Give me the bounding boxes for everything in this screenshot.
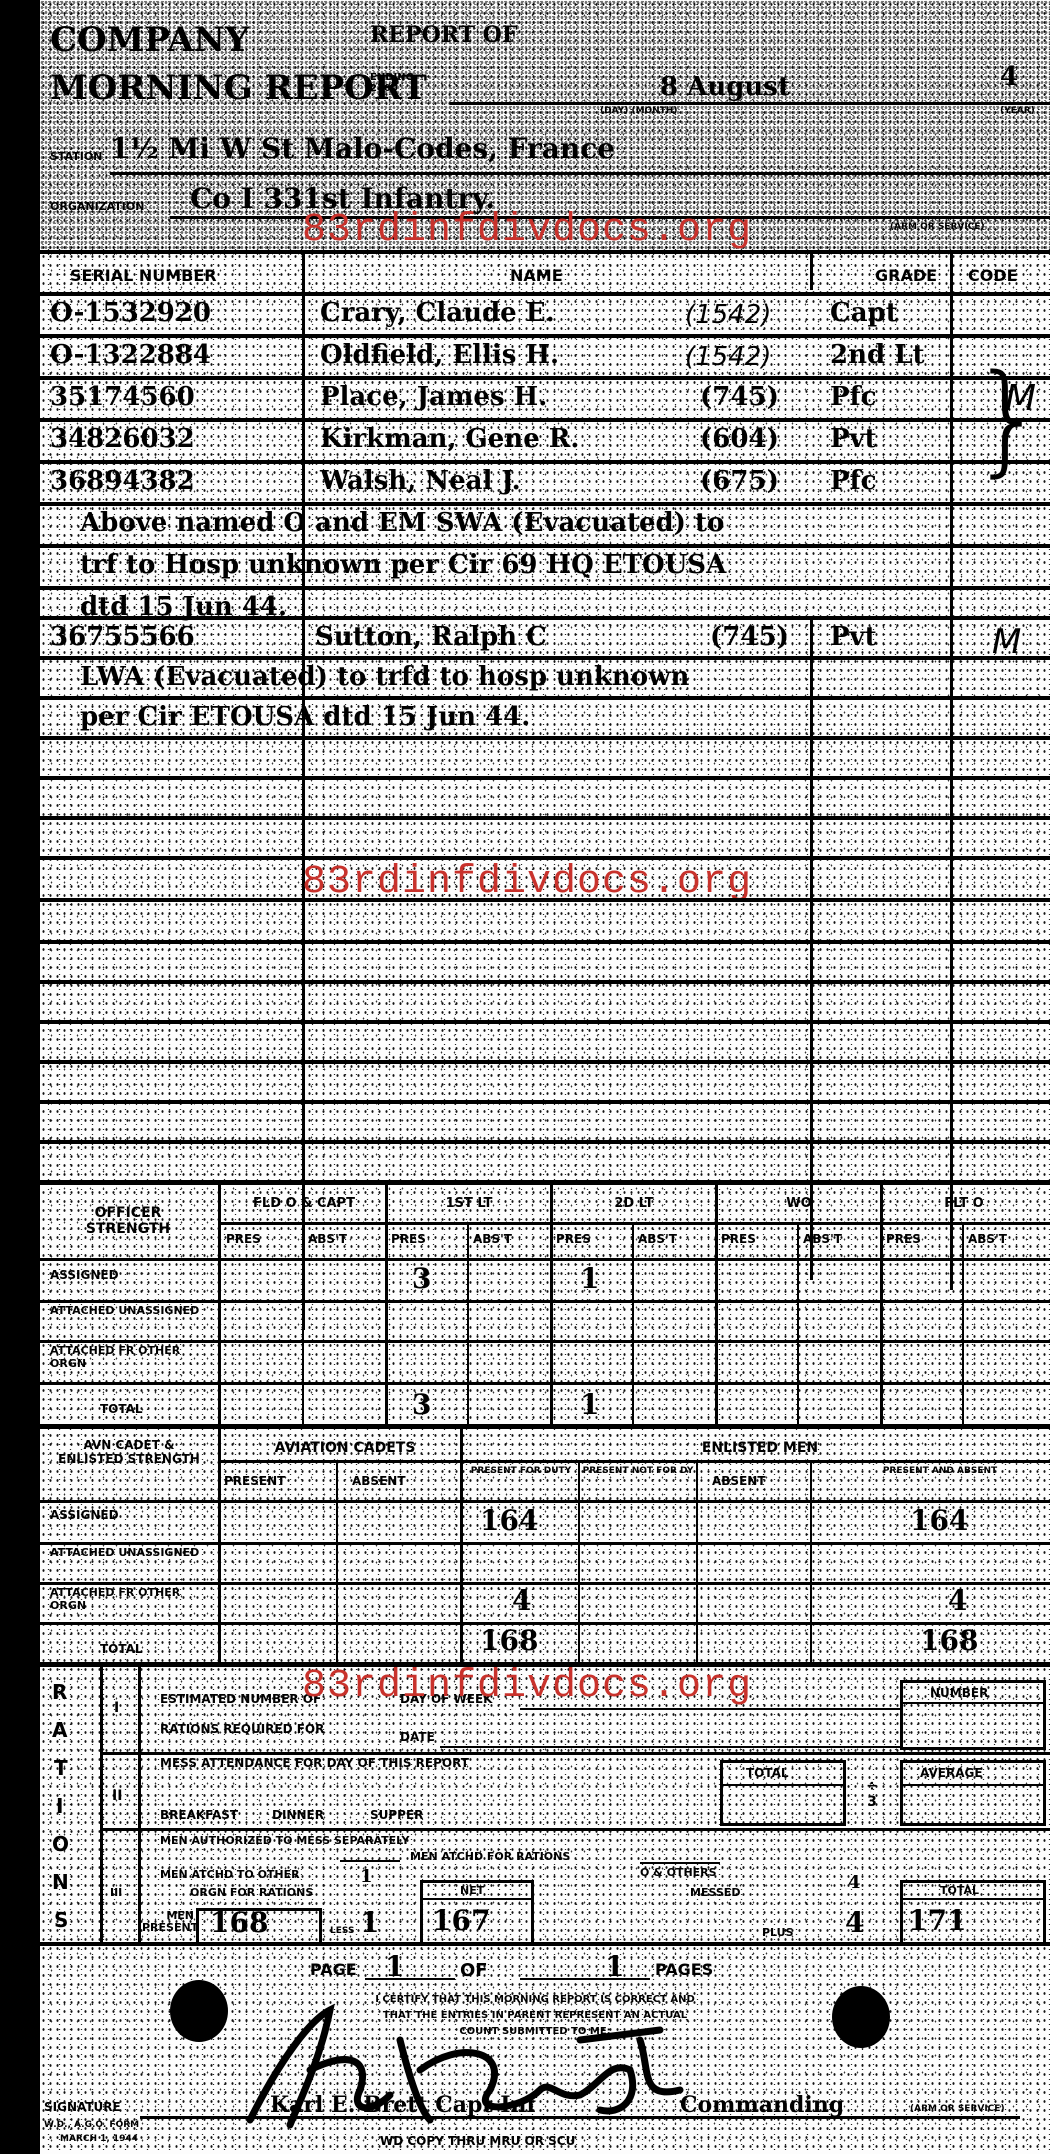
enlisted-strength-title: AVN CADET & ENLISTED STRENGTH: [54, 1438, 204, 1466]
mos-code: (604): [700, 424, 779, 454]
group-header: 1ST LT: [390, 1196, 548, 1211]
column-rule: [302, 1225, 304, 1425]
remarks-line: Above named O and EM SWA (Evacuated) to: [80, 508, 724, 538]
blank-line: [40, 776, 1050, 780]
cell-value: 168: [480, 1624, 538, 1657]
subcol-abst: ABS'T: [638, 1232, 677, 1246]
subcol-abst: ABS'T: [803, 1232, 842, 1246]
less-label: LESS: [330, 1926, 354, 1936]
subcol: ABSENT: [352, 1474, 406, 1488]
mess-attendance-label: MESS ATTENDANCE FOR DAY OF THIS REPORT: [160, 1756, 469, 1770]
net-label: NET: [460, 1884, 484, 1897]
cell-value: 1: [580, 1388, 599, 1421]
column-rule: [467, 1225, 469, 1425]
arm-caption: (ARM OR SERVICE): [890, 222, 985, 232]
blank-line: [40, 816, 1050, 820]
others-messed-label: O & OTHERS: [640, 1866, 717, 1879]
ending-label: ENDING 2400: [370, 72, 410, 94]
column-rule: [138, 1666, 141, 1942]
group-header: FLT O: [885, 1196, 1043, 1211]
column-code: CODE: [968, 266, 1018, 285]
subcol-pres: PRES: [391, 1232, 426, 1246]
subcol-pres: PRES: [226, 1232, 261, 1246]
station-label: STATION: [50, 150, 102, 163]
mos-code: (1542): [685, 342, 771, 372]
remarks-line: per Cir ETOUSA dtd 15 Jun 44.: [80, 702, 530, 732]
subcol-pres: PRES: [721, 1232, 756, 1246]
divider: [40, 736, 1050, 740]
grade: 2nd Lt: [830, 340, 925, 370]
side-letter: T: [54, 1756, 68, 1780]
serial-number: 34826032: [50, 424, 195, 454]
estimated-rations-label: ESTIMATED NUMBER OF: [160, 1692, 321, 1706]
arm-caption: (ARM OR SERVICE): [910, 2104, 1005, 2114]
divider: [40, 250, 1050, 254]
report-year: 4: [1000, 62, 1018, 92]
code-mark: M: [1005, 378, 1036, 419]
divider: [900, 1898, 1046, 1900]
remarks-line: LWA (Evacuated) to trfd to hosp unknown: [80, 662, 689, 692]
column-rule: [550, 1185, 553, 1425]
row-label: ATTACHED UNASSIGNED: [50, 1546, 210, 1559]
section-numeral: III: [110, 1886, 122, 1899]
soldier-name: Crary, Claude E.: [320, 298, 555, 328]
pages-label: PAGES: [655, 1960, 713, 1979]
section-divider: [40, 1180, 1050, 1185]
soldier-name: Place, James H.: [320, 382, 547, 412]
row-label: ASSIGNED: [50, 1268, 119, 1282]
column-rule: [696, 1462, 698, 1664]
divider: [900, 1702, 1046, 1704]
divider: [40, 1300, 1050, 1303]
cell-value: 3: [412, 1262, 431, 1295]
supper-label: SUPPER: [370, 1808, 423, 1822]
plus-value: 4: [845, 1906, 864, 1939]
row-label: ASSIGNED: [50, 1508, 119, 1522]
atchd-rations-field: [640, 1862, 720, 1864]
divider: [100, 1828, 1050, 1831]
subcol-pres: PRES: [556, 1232, 591, 1246]
row-label: ATTACHED FR OTHER ORGN: [50, 1344, 210, 1370]
cell-value: 164: [910, 1504, 968, 1537]
serial-number: O-1322884: [50, 340, 211, 370]
form-title-company: COMPANY: [50, 20, 249, 60]
subcol: PRESENT NOT FOR DY: [582, 1466, 694, 1476]
column-grade: GRADE: [875, 266, 937, 285]
side-letter: O: [52, 1832, 69, 1856]
blank-line: [40, 1140, 1050, 1144]
column-rule: [218, 1185, 221, 1425]
column-rule: [880, 1185, 883, 1425]
row-label: TOTAL: [100, 1642, 143, 1656]
serial-number: 36894382: [50, 466, 195, 496]
remarks-line: trf to Hosp unknown per Cir 69 HQ ETOUSA: [80, 550, 726, 580]
group-header: ENLISTED MEN: [470, 1440, 1050, 1456]
divider: [40, 1622, 1050, 1625]
column-serial: SERIAL NUMBER: [70, 266, 217, 285]
less-value: 1: [360, 1906, 379, 1939]
column-rule: [578, 1462, 580, 1664]
form-note: W.D., A.G.O. FORM: [44, 2120, 139, 2130]
column-rule: [336, 1462, 338, 1664]
atchd-other-label: ORGN FOR RATIONS: [190, 1886, 313, 1899]
divider: [900, 1784, 1046, 1786]
section-divider: [40, 1424, 1050, 1429]
subcol-abst: ABS'T: [968, 1232, 1007, 1246]
subcol: PRESENT FOR DUTY: [466, 1466, 576, 1476]
blank-line: [40, 1060, 1050, 1064]
report-date: 8 August: [660, 72, 790, 102]
others-messed-value: 4: [848, 1872, 861, 1893]
divider: [420, 1898, 534, 1900]
grade: Pvt: [830, 622, 877, 652]
subcol: PRESENT AND ABSENT: [840, 1466, 1040, 1476]
number-label: NUMBER: [930, 1686, 988, 1700]
men-present-value: 168: [210, 1906, 268, 1939]
column-rule: [950, 250, 953, 1290]
date-field: [440, 1746, 900, 1748]
column-rule: [100, 1666, 103, 1942]
soldier-name: Kirkman, Gene R.: [320, 424, 579, 454]
cell-value: 4: [948, 1584, 967, 1617]
blank-line: [40, 940, 1050, 944]
signature-label: SIGNATURE: [44, 2100, 121, 2114]
group-header: 2D LT: [555, 1196, 713, 1211]
column-rule: [218, 1428, 221, 1664]
section-numeral: II: [112, 1788, 122, 1804]
divider: [720, 1784, 846, 1786]
average-label: AVERAGE: [920, 1766, 983, 1780]
divider: [40, 616, 1050, 620]
divider: [40, 418, 1050, 422]
serial-number: 36755566: [50, 622, 195, 652]
organization-label: ORGANIZATION: [50, 200, 144, 213]
cell-value: 4: [512, 1584, 531, 1617]
divider: [40, 586, 1050, 590]
divider: [40, 1582, 1050, 1585]
subcol-pres: PRES: [886, 1232, 921, 1246]
others-messed-label: MESSED: [690, 1886, 740, 1899]
mess-separately-label: MEN AUTHORIZED TO MESS SEPARATELY: [160, 1834, 410, 1848]
station-line: [110, 172, 1050, 175]
column-name: NAME: [510, 266, 563, 285]
serial-number: O-1532920: [50, 298, 211, 328]
copy-note: WD COPY THRU MRU OR SCU: [380, 2134, 575, 2148]
signer-name: Karl E. Brett Capt Inf: [270, 2092, 536, 2118]
of-label: OF: [460, 1960, 488, 1981]
subcol: ABSENT: [712, 1474, 766, 1488]
divider: [218, 1460, 1050, 1463]
page-field: [365, 1978, 455, 1980]
column-rule: [385, 1185, 388, 1425]
section-divider: [40, 1942, 1050, 1946]
divide-by-three: ÷ 3: [862, 1778, 882, 1810]
mess-separately-field: [340, 1860, 400, 1862]
cell-value: 3: [412, 1388, 431, 1421]
column-rule: [962, 1225, 964, 1425]
form-title-report-of: REPORT OF: [370, 22, 517, 48]
blank-line: [40, 980, 1050, 984]
net-value: 167: [432, 1904, 490, 1937]
group-header: WO: [720, 1196, 878, 1211]
divider: [40, 334, 1050, 338]
mos-code: (1542): [685, 300, 771, 330]
divider: [40, 656, 1050, 660]
cell-value: 1: [580, 1262, 599, 1295]
group-header: AVIATION CADETS: [225, 1440, 465, 1456]
dinner-label: DINNER: [272, 1808, 324, 1822]
soldier-name: Sutton, Ralph C: [315, 622, 547, 652]
mos-code: (745): [710, 622, 789, 652]
morning-report-page: COMPANY REPORT OF MORNING REPORT ENDING …: [40, 0, 1050, 2154]
divider: [40, 502, 1050, 506]
signature-line: [140, 2116, 1020, 2119]
subcol-abst: ABS'T: [308, 1232, 347, 1246]
serial-number: 35174560: [50, 382, 195, 412]
divider: [218, 1222, 1050, 1225]
divider: [40, 460, 1050, 464]
side-letter: I: [56, 1794, 63, 1818]
divider: [40, 696, 1050, 700]
side-letter: N: [52, 1870, 69, 1894]
column-rule: [632, 1225, 634, 1425]
punch-hole: [832, 1986, 890, 2048]
divider: [40, 292, 1050, 296]
men-present-label: MEN PRESENT: [142, 1910, 194, 1934]
date-caption: (DAY) (MONTH): [600, 106, 678, 116]
divider: [40, 1500, 1050, 1503]
row-label: ATTACHED FR OTHER ORGN: [50, 1586, 210, 1612]
side-letter: A: [52, 1718, 67, 1742]
column-rule: [715, 1185, 718, 1425]
subcol-abst: ABS'T: [473, 1232, 512, 1246]
divider: [40, 1258, 1050, 1261]
cell-value: 164: [480, 1504, 538, 1537]
breakfast-label: BREAKFAST: [160, 1808, 238, 1822]
rations-total-value: 171: [908, 1904, 966, 1937]
watermark: 83rdinfdivdocs.org: [302, 1664, 752, 1709]
divider: [40, 1542, 1050, 1545]
section-numeral: I: [114, 1700, 119, 1716]
grade: Pfc: [830, 466, 877, 496]
row-label: ATTACHED UNASSIGNED: [50, 1304, 210, 1317]
pages-field: [520, 1978, 650, 1980]
mos-code: (745): [700, 382, 779, 412]
form-date: MARCH 1, 1944: [60, 2134, 138, 2144]
row-label: TOTAL: [100, 1402, 143, 1416]
soldier-name: Oldfield, Ellis H.: [320, 340, 559, 370]
column-rule: [797, 1225, 799, 1425]
divider: [40, 1382, 1050, 1385]
atchd-other-value: 1: [360, 1866, 373, 1887]
cell-value: 168: [920, 1624, 978, 1657]
blank-line: [40, 898, 1050, 902]
grade: Capt: [830, 298, 898, 328]
officer-strength-title: OFFICER STRENGTH: [58, 1205, 198, 1237]
estimated-rations-label: RATIONS REQUIRED FOR: [160, 1722, 324, 1736]
year-caption: (YEAR): [1000, 106, 1035, 116]
column-rule: [810, 250, 813, 290]
grade: Pfc: [830, 382, 877, 412]
signer-role: Commanding: [680, 2092, 844, 2118]
blank-line: [40, 1020, 1050, 1024]
plus-label: PLUS: [762, 1926, 794, 1939]
total-label: TOTAL: [746, 1766, 789, 1780]
atchd-rations-label: MEN ATCHD FOR RATIONS: [410, 1850, 570, 1863]
soldier-name: Walsh, Neal J.: [320, 466, 521, 496]
blank-line: [40, 1100, 1050, 1104]
watermark: 83rdinfdivdocs.org: [302, 208, 752, 253]
rations-total-label: TOTAL: [940, 1884, 979, 1897]
mos-code: (675): [700, 466, 779, 496]
page-label: PAGE: [310, 1960, 357, 1979]
date-line: [450, 102, 1050, 105]
group-header: FLD O & CAPT: [225, 1196, 383, 1211]
column-rule: [460, 1428, 463, 1664]
date-label: DATE: [400, 1730, 435, 1744]
column-rule: [302, 250, 305, 1330]
side-letter: R: [52, 1680, 67, 1704]
divider: [40, 376, 1050, 380]
column-rule: [810, 1462, 812, 1664]
grade: Pvt: [830, 424, 877, 454]
station-value: 1½ Mi W St Malo-Codes, France: [110, 132, 615, 165]
subcol: PRESENT: [224, 1474, 285, 1488]
divider: [40, 1340, 1050, 1343]
divider: [40, 544, 1050, 548]
atchd-other-label: MEN ATCHD TO OTHER: [160, 1868, 300, 1881]
divider: [100, 1752, 1050, 1755]
side-letter: S: [54, 1908, 68, 1932]
